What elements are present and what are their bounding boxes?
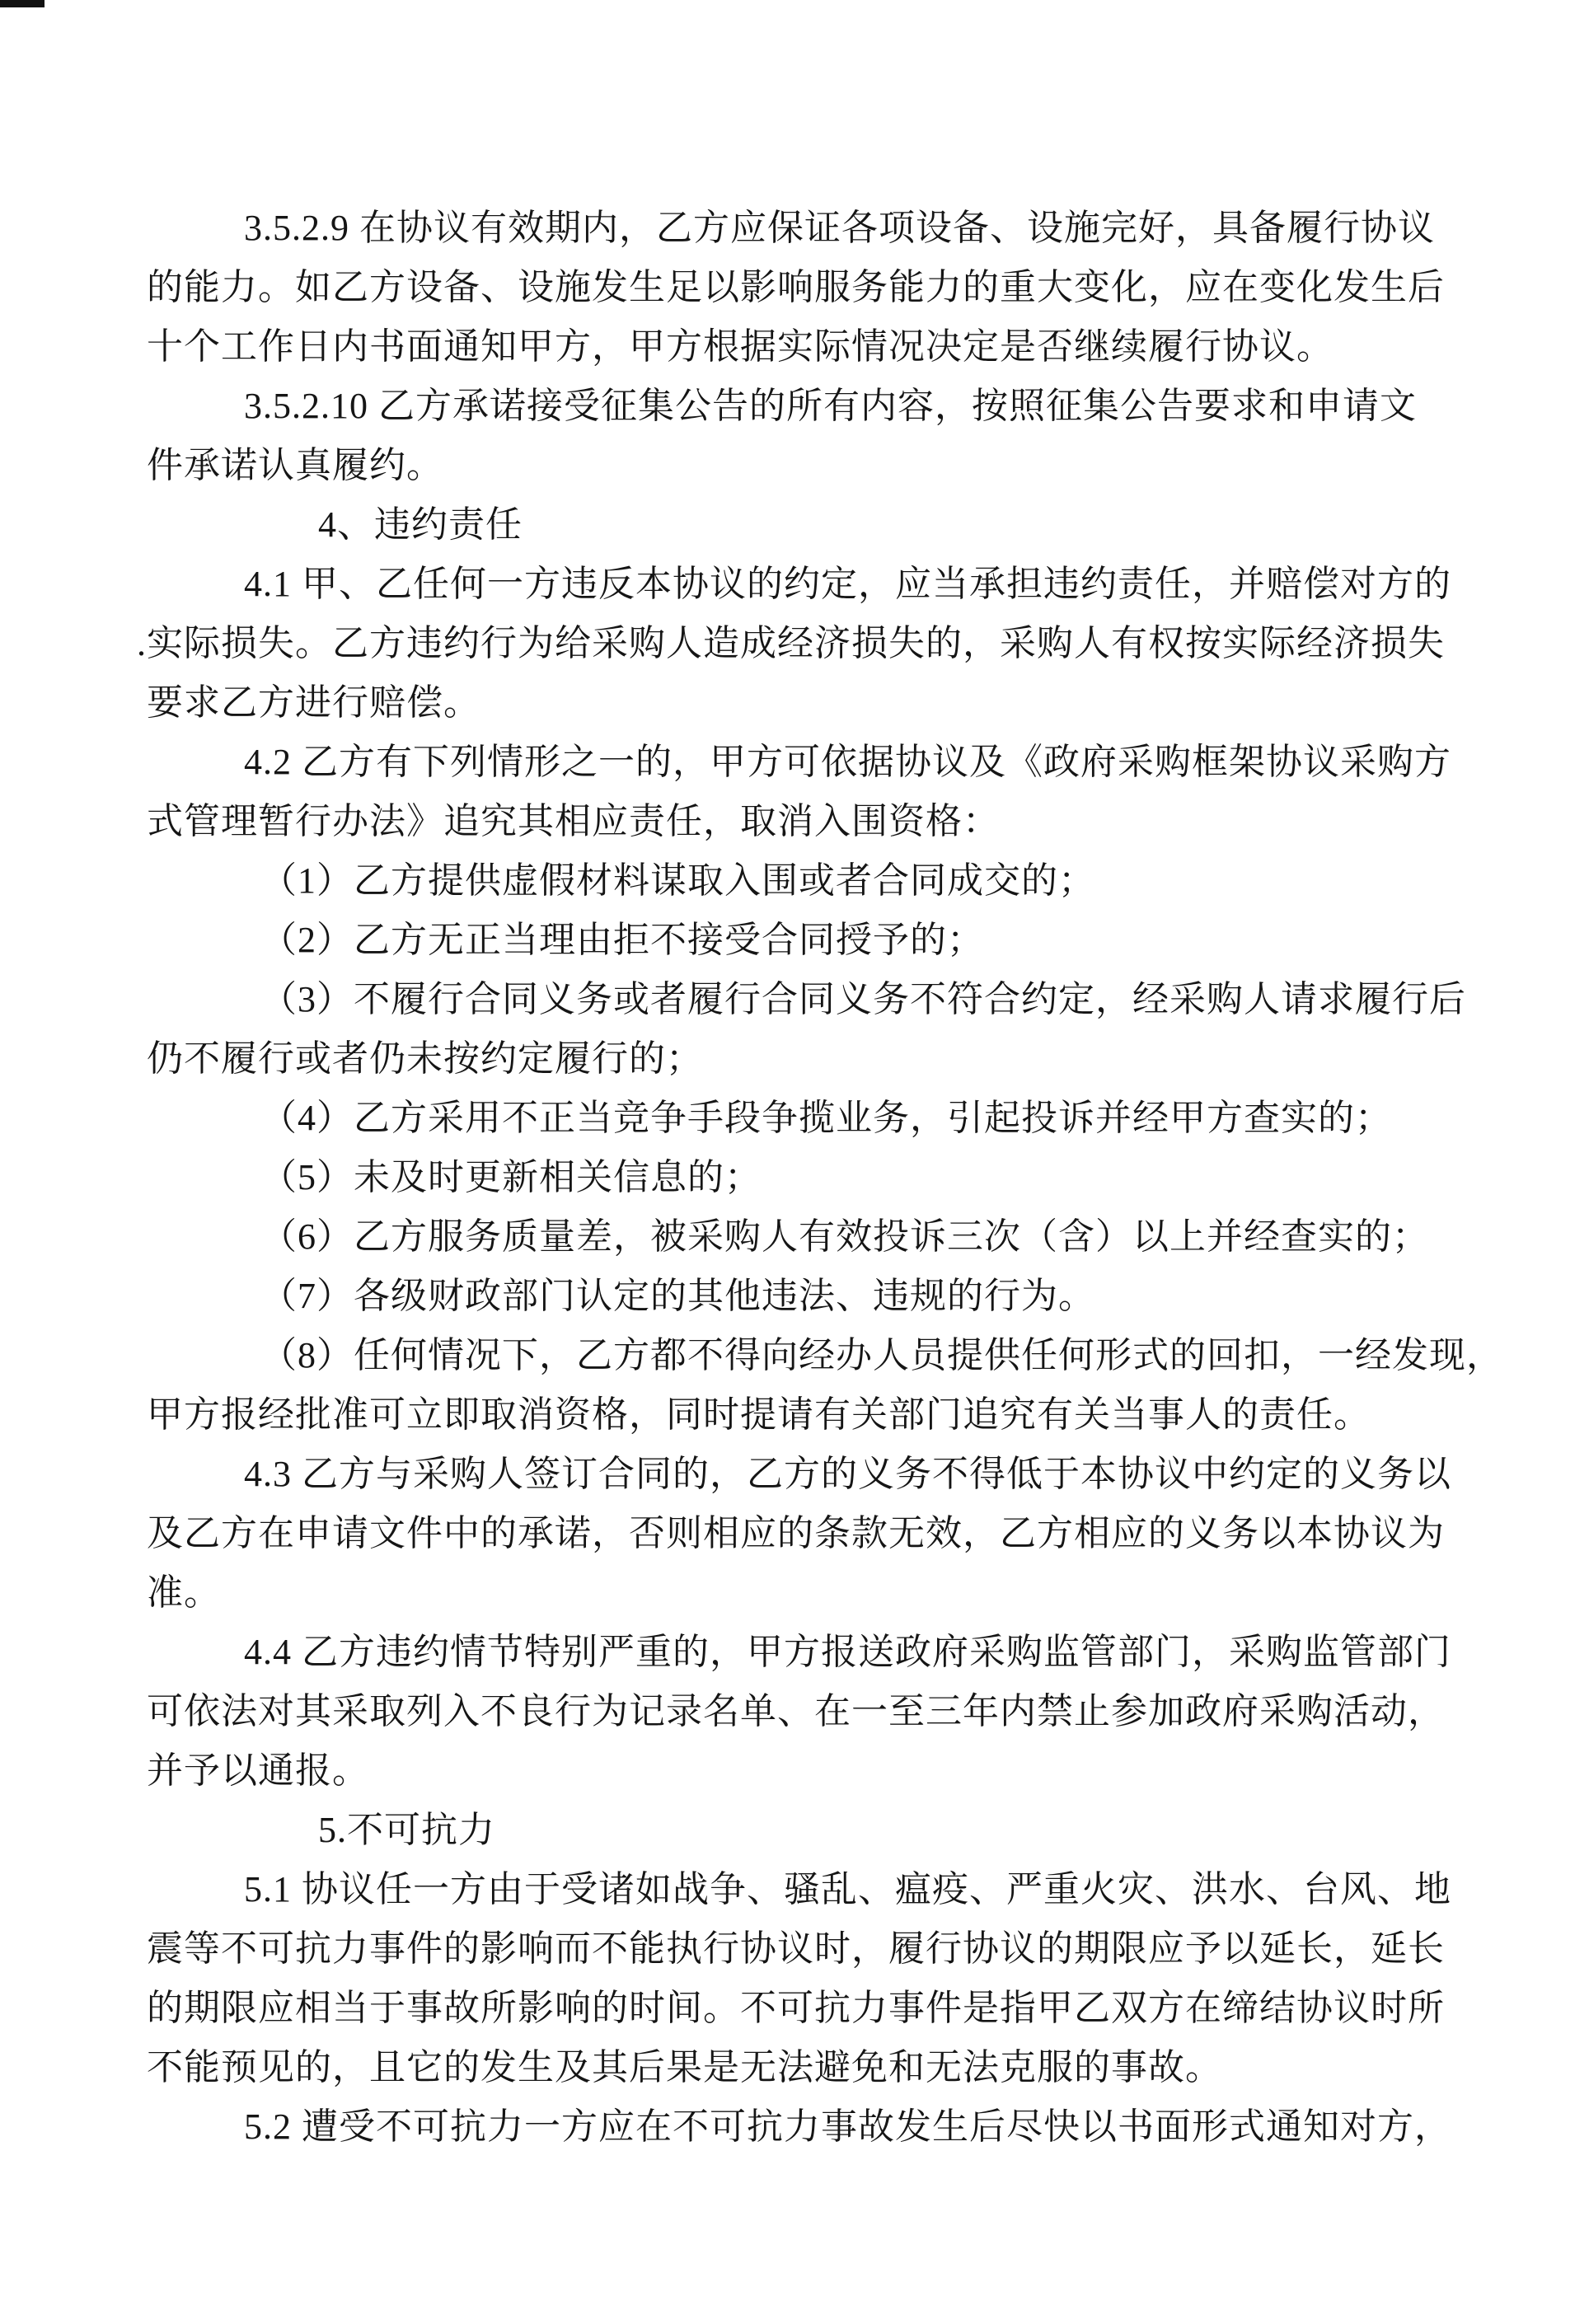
text-line: 要求乙方进行赔偿。: [147, 673, 1465, 733]
text-line: 的期限应相当于事故所影响的时间。不可抗力事件是指甲乙双方在缔结协议时所: [147, 1979, 1465, 2038]
text-line: 4.2 乙方有下列情形之一的，甲方可依据协议及《政府采购框架协议采购方: [147, 733, 1465, 792]
text-line: 件承诺认真履约。: [147, 436, 1465, 495]
text-line: 十个工作日内书面通知甲方，甲方根据实际情况决定是否继续履行协议。: [147, 317, 1465, 377]
list-item: （1）乙方提供虚假材料谋取入围或者合同成交的；: [147, 851, 1465, 911]
text-line: 可依法对其采取列入不良行为记录名单、在一至三年内禁止参加政府采购活动，: [147, 1682, 1465, 1741]
text-line: .实际损失。乙方违约行为给采购人造成经济损失的，采购人有权按实际经济损失: [147, 614, 1465, 673]
section-heading: 4、违约责任: [147, 495, 1465, 555]
text-line: 的能力。如乙方设备、设施发生足以影响服务能力的重大变化，应在变化发生后: [147, 258, 1465, 317]
text-line: 仍不履行或者仍未按约定履行的；: [147, 1029, 1465, 1089]
text-line: 震等不可抗力事件的影响而不能执行协议时，履行协议的期限应予以延长，延长: [147, 1919, 1465, 1979]
text-line: 甲方报经批准可立即取消资格，同时提请有关部门追究有关当事人的责任。: [147, 1385, 1465, 1445]
text-line: 式管理暂行办法》追究其相应责任，取消入围资格：: [147, 792, 1465, 851]
list-item: （6）乙方服务质量差，被采购人有效投诉三次（含）以上并经查实的；: [147, 1207, 1465, 1267]
document-page: 3.5.2.9 在协议有效期内，乙方应保证各项设备、设施完好，具备履行协议 的能…: [0, 0, 1589, 2324]
list-item: （5）未及时更新相关信息的；: [147, 1148, 1465, 1207]
text-line: 及乙方在申请文件中的承诺，否则相应的条款无效，乙方相应的义务以本协议为: [147, 1504, 1465, 1563]
text-line: 3.5.2.10 乙方承诺接受征集公告的所有内容，按照征集公告要求和申请文: [147, 377, 1465, 436]
text-line: 5.2 遭受不可抗力一方应在不可抗力事故发生后尽快以书面形式通知对方，: [147, 2097, 1465, 2157]
list-item: （2）乙方无正当理由拒不接受合同授予的；: [147, 911, 1465, 970]
contract-text-block: 3.5.2.9 在协议有效期内，乙方应保证各项设备、设施完好，具备履行协议 的能…: [147, 199, 1465, 2157]
list-item: （8）任何情况下，乙方都不得向经办人员提供任何形式的回扣，一经发现，: [147, 1326, 1465, 1385]
list-item: （7）各级财政部门认定的其他违法、违规的行为。: [147, 1267, 1465, 1326]
list-item: （4）乙方采用不正当竞争手段争揽业务，引起投诉并经甲方查实的；: [147, 1089, 1465, 1148]
text-line: 并予以通报。: [147, 1741, 1465, 1801]
text-line: 4.1 甲、乙任何一方违反本协议的约定，应当承担违约责任，并赔偿对方的: [147, 555, 1465, 614]
section-heading: 5.不可抗力: [147, 1801, 1465, 1860]
text-line: 不能预见的，且它的发生及其后果是无法避免和无法克服的事故。: [147, 2038, 1465, 2097]
text-line: 5.1 协议任一方由于受诸如战争、骚乱、瘟疫、严重火灾、洪水、台风、地: [147, 1860, 1465, 1919]
text-line: 4.3 乙方与采购人签订合同的，乙方的义务不得低于本协议中约定的义务以: [147, 1445, 1465, 1504]
text-line: 准。: [147, 1563, 1465, 1623]
list-item: （3）不履行合同义务或者履行合同义务不符合约定，经采购人请求履行后: [147, 970, 1465, 1029]
scan-artifact: [0, 0, 45, 7]
text-line: 4.4 乙方违约情节特别严重的，甲方报送政府采购监管部门，采购监管部门: [147, 1623, 1465, 1682]
text-line: 3.5.2.9 在协议有效期内，乙方应保证各项设备、设施完好，具备履行协议: [147, 199, 1465, 258]
